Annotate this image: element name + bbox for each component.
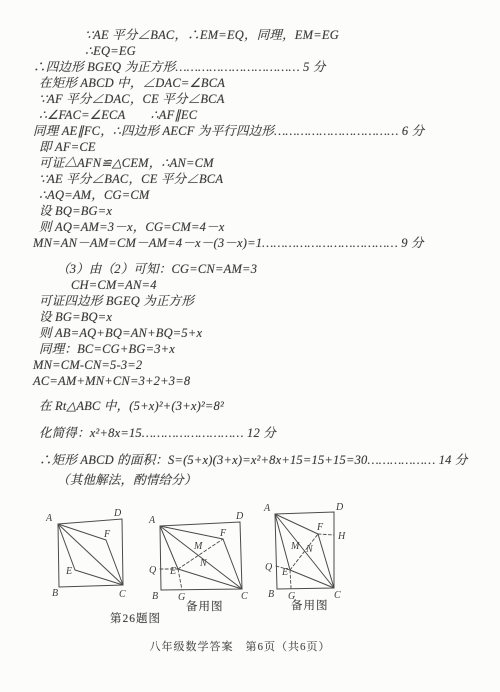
- segment-af: [275, 514, 318, 534]
- page-footer: 八年级数学答案 第6页（共6页）: [0, 638, 480, 654]
- proof-line: 则 AB=AQ+BQ=AN+BQ=5+x: [39, 325, 488, 341]
- point-label-c: C: [334, 590, 341, 601]
- point-label-f: F: [316, 522, 324, 533]
- segment-ae: [58, 524, 75, 570]
- proof-line: 可证△AFN≌△CEM，∴AN=CM: [39, 155, 488, 171]
- proof-line: 设 BQ=BG=x: [39, 203, 488, 219]
- point-label-a: A: [148, 515, 156, 526]
- solution-text: ∵AE 平分∠BAC，∴EM=EQ，同理，EM=EG ∴EQ=EG ∴四边形 B…: [33, 27, 488, 488]
- point-label-e: E: [65, 566, 72, 577]
- figure-spare-1: A D B C Q E G F M N: [146, 498, 252, 607]
- proof-line: MN=CM-CN=5-3=2: [33, 357, 488, 373]
- proof-line: ∵AF 平分∠DAC，CE 平分∠BCA: [39, 91, 488, 107]
- point-label-g: G: [178, 592, 185, 602]
- dashed-eg: [178, 569, 182, 590]
- point-label-c: C: [241, 591, 248, 602]
- proof-line: ∴四边形 BGEQ 为正方形…………………………… 5 分: [33, 59, 488, 75]
- proof-line: 同理 AE∥FC，∴四边形 AECF 为平行四边形…………………………… 6 分: [33, 123, 488, 139]
- point-label-f: F: [103, 529, 111, 540]
- point-label-q: Q: [265, 562, 273, 573]
- proof-line: 即 AF=CE: [39, 139, 488, 155]
- point-label-h: H: [337, 531, 346, 542]
- point-label-b: B: [152, 591, 158, 602]
- figure-spare-1-caption: 备用图: [186, 598, 224, 614]
- proof-line: ∴AQ=AM，CG=CM: [39, 187, 488, 203]
- point-label-b: B: [268, 589, 274, 600]
- proof-line: 可证四边形 BGEQ 为正方形: [39, 293, 488, 309]
- segment-fc: [106, 540, 123, 585]
- point-label-d: D: [235, 511, 244, 522]
- proof-line: 在矩形 ABCD 中，∠DAC=∠BCA: [39, 75, 488, 91]
- proof-line: ∴∠FAC=∠ECA ∴AF∥EC: [39, 107, 488, 123]
- proof-line: ∴EQ=EG: [85, 43, 488, 59]
- proof-line: ∵AE 平分∠BAC，CE 平分∠BCA: [39, 171, 488, 187]
- point-label-b: B: [52, 588, 58, 599]
- dashed-fh: [318, 534, 334, 535]
- figure-spare-2-caption: 备用图: [291, 597, 329, 613]
- proof-line: ∵AE 平分∠BAC，∴EM=EQ，同理，EM=EG: [85, 27, 488, 43]
- segment-ae: [275, 514, 290, 570]
- point-label-n: N: [199, 558, 208, 569]
- point-label-n: N: [305, 544, 314, 555]
- segment-ec: [178, 569, 242, 589]
- proof-line: AC=AM+MN+CN=3+2+3=8: [33, 373, 488, 389]
- point-label-d: D: [335, 502, 344, 513]
- dashed-ef: [290, 534, 318, 570]
- figure-spare-2: A D B C Q E G F H M N: [258, 498, 348, 607]
- figure-26-caption: 第26题图: [110, 610, 161, 626]
- proof-line: 设 BG=BQ=x: [39, 309, 488, 325]
- segment-fc: [318, 534, 334, 588]
- proof-line: 则 AQ=AM=3－x，CG=CM=4－x: [39, 219, 488, 235]
- proof-line-note: （其他解法，酌情给分）: [57, 472, 488, 488]
- document-page: ∵AE 平分∠BAC，∴EM=EQ，同理，EM=EG ∴EQ=EG ∴四边形 B…: [0, 0, 500, 692]
- point-label-q: Q: [149, 565, 157, 576]
- segment-ec: [75, 570, 123, 585]
- proof-line-part3: （3）由（2）可知：CG=CN=AM=3: [57, 261, 488, 277]
- point-label-m: M: [193, 541, 203, 552]
- proof-line-equation: 化简得：x²+8x=15……………………… 12 分: [39, 425, 488, 441]
- figure-spare-2-drawing: A D B C Q E G F H M N: [258, 498, 348, 602]
- dashed-eg: [290, 570, 291, 588]
- point-label-a: A: [45, 513, 53, 524]
- point-label-d: D: [113, 508, 122, 519]
- proof-line: CH=CM=AN=4: [71, 277, 488, 293]
- figure-26-drawing: A D B C E F: [38, 500, 148, 602]
- point-label-c: C: [119, 589, 126, 600]
- proof-line: 同理：BC=CG+BG=3+x: [39, 341, 488, 357]
- point-label-m: M: [290, 541, 300, 552]
- proof-line: MN=AN－AM=CM－AM=4－x－(3－x)=1……………………………… 9…: [33, 235, 488, 251]
- point-label-f: F: [219, 528, 227, 539]
- figure-26: A D B C E F: [38, 500, 148, 607]
- figures-row: A D B C E F A D B: [0, 498, 500, 638]
- figure-spare-1-drawing: A D B C Q E G F M N: [146, 498, 252, 602]
- segment-af: [160, 526, 223, 539]
- segment-af: [58, 524, 106, 540]
- point-label-a: A: [263, 503, 271, 514]
- proof-line-equation: 在 Rt△ABC 中，(5+x)²+(3+x)²=8²: [39, 398, 488, 414]
- point-label-e: E: [169, 566, 176, 577]
- proof-line-area: ∴矩形 ABCD 的面积：S=(5+x)(3+x)=x²+8x+15=15+15…: [39, 452, 488, 468]
- point-label-e: E: [281, 567, 288, 578]
